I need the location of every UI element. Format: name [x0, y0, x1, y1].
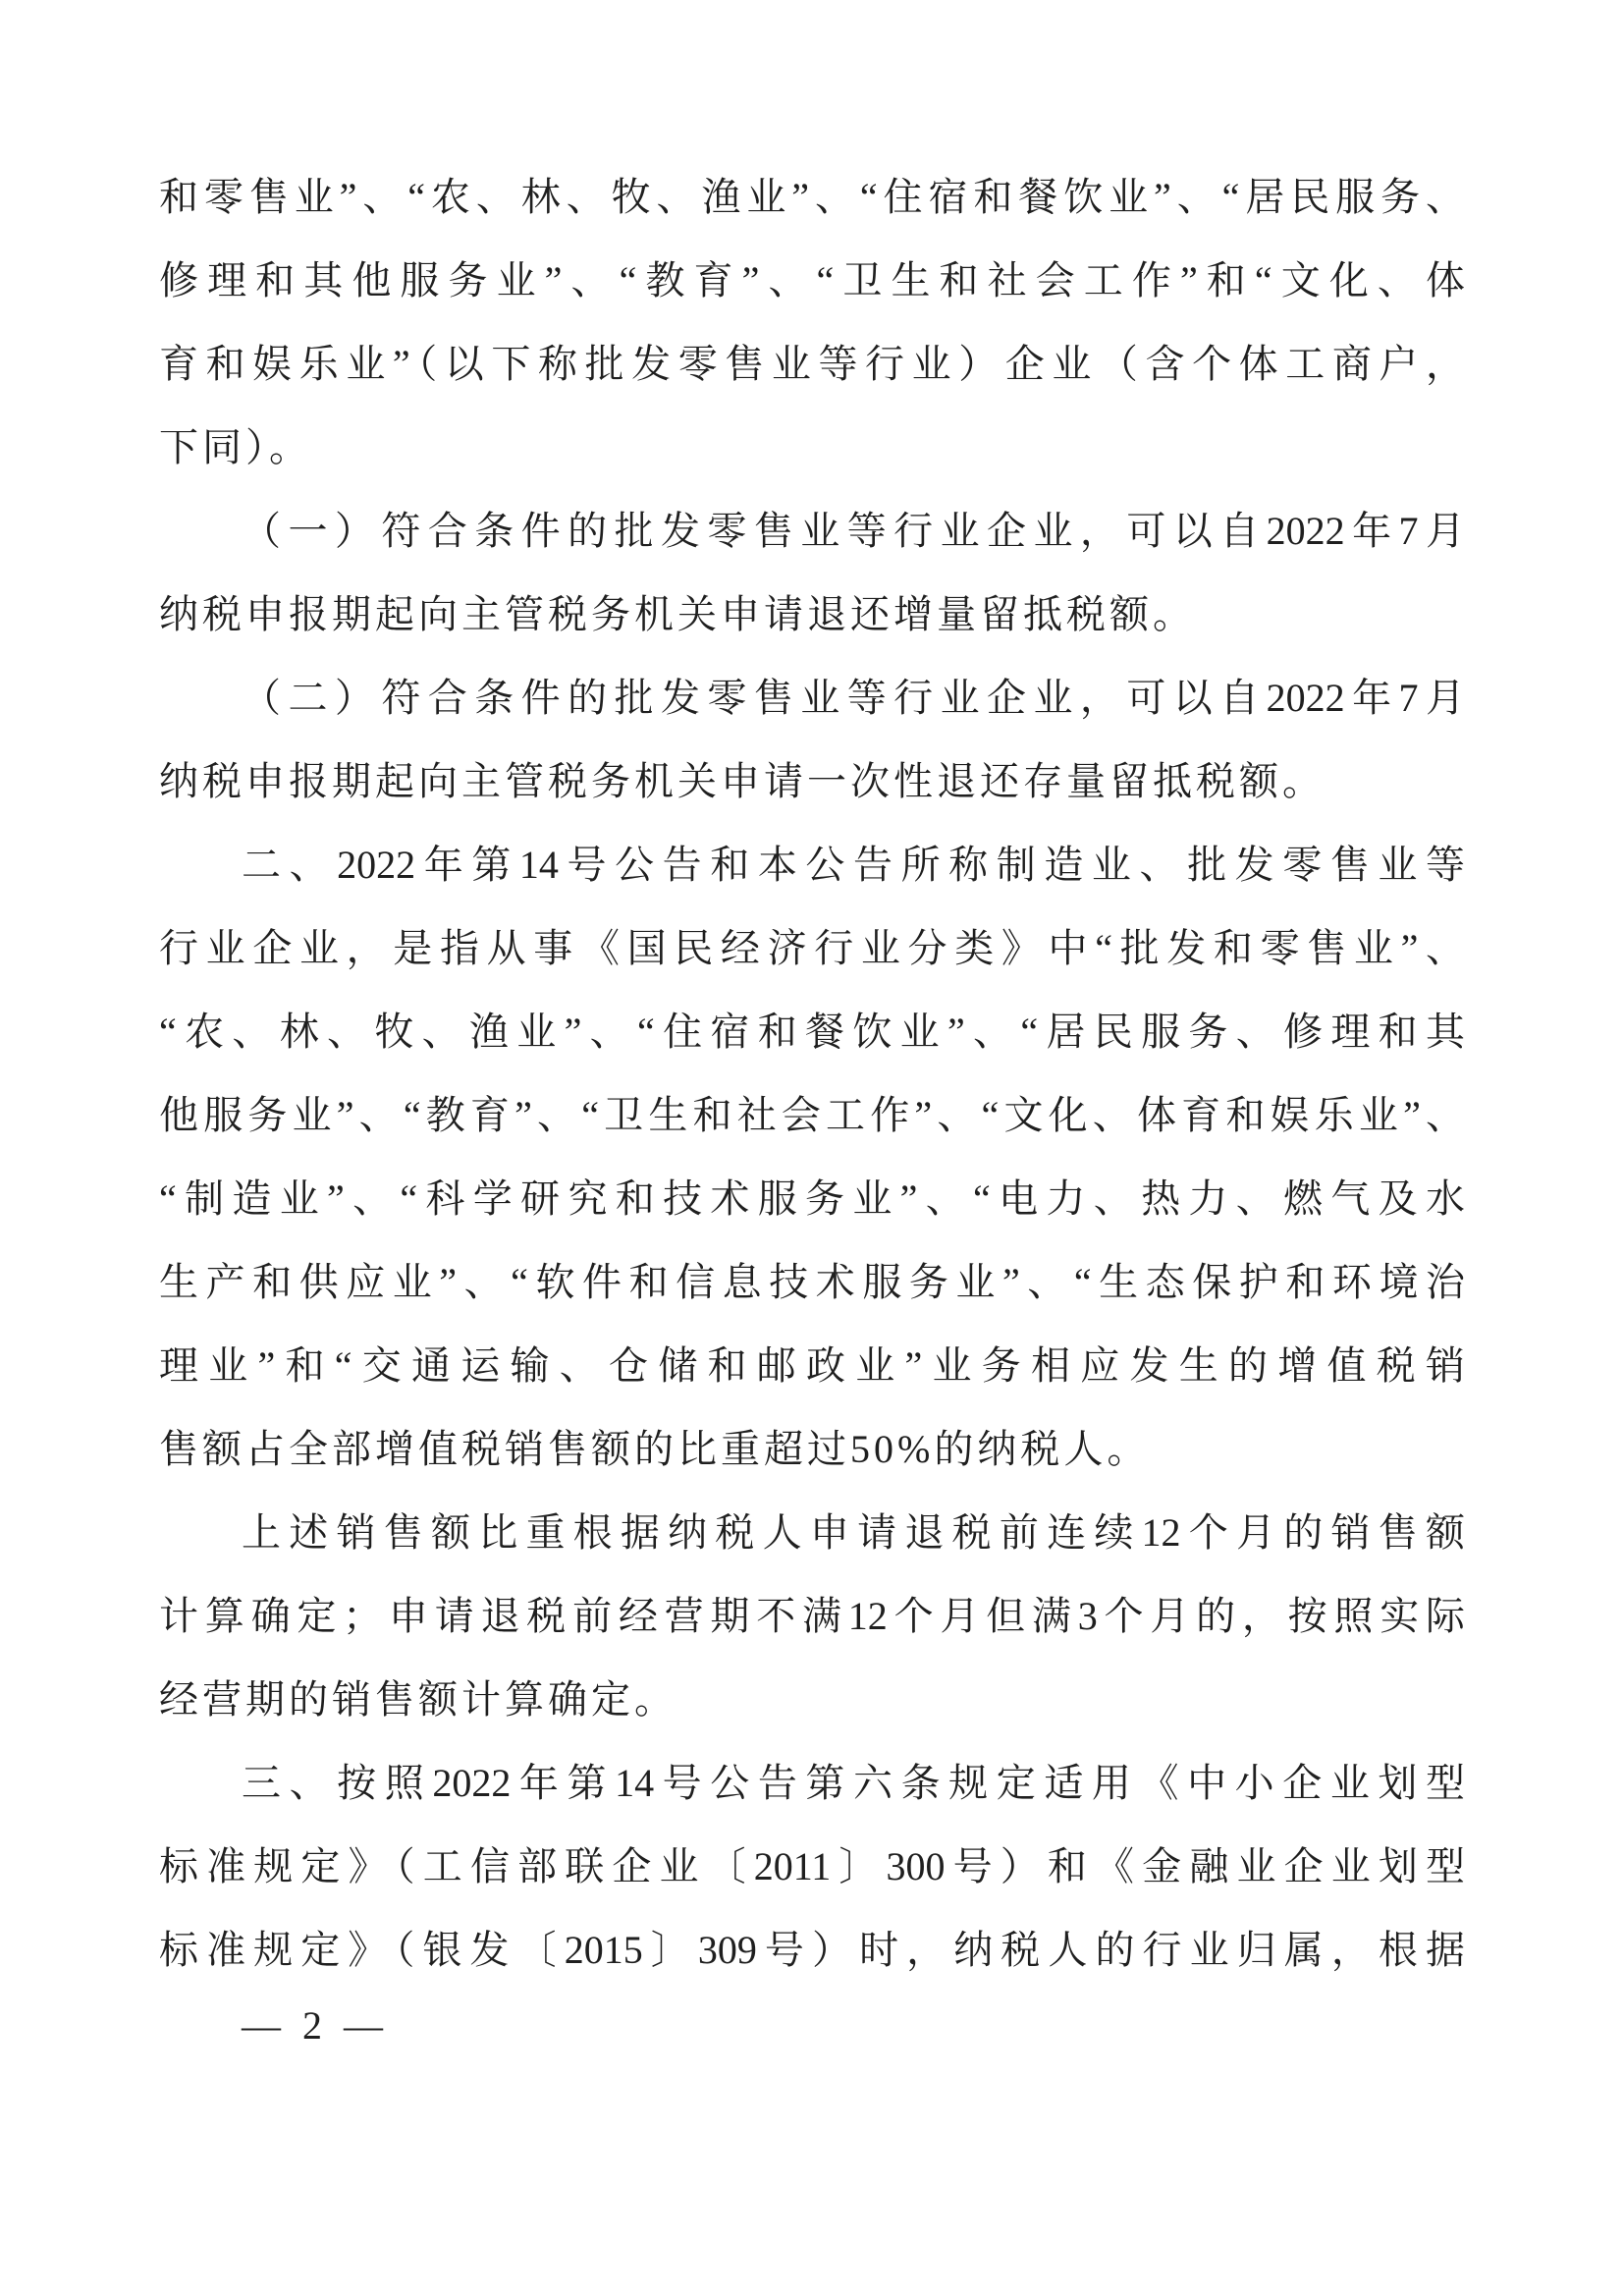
text-line: 三、按照2022年第14号公告第六条规定适用《中小企业划型: [159, 1741, 1465, 1825]
text-line: 计算确定；申请退税前经营期不满12个月但满3个月的，按照实际: [159, 1574, 1465, 1658]
text-line: 行业企业，是指从事《国民经济行业分类》中“批发和零售业”、: [159, 906, 1465, 990]
text-line: 生产和供应业”、“软件和信息技术服务业”、“生态保护和环境治: [159, 1240, 1465, 1324]
document-page: 和零售业”、“农、林、牧、渔业”、“住宿和餐饮业”、“居民服务、 修理和其他服务…: [0, 0, 1623, 2296]
text-line: 育和娱乐业”（以下称批发零售业等行业）企业（含个体工商户，: [159, 322, 1465, 406]
text-line: （二）符合条件的批发零售业等行业企业，可以自2022年7月: [159, 656, 1465, 739]
text-line: 下同）。: [159, 406, 1465, 489]
text-line: 上述销售额比重根据纳税人申请退税前连续12个月的销售额: [159, 1491, 1465, 1574]
text-line: 售额占全部增值税销售额的比重超过50%的纳税人。: [159, 1407, 1465, 1491]
text-line: 纳税申报期起向主管税务机关申请退还增量留抵税额。: [159, 573, 1465, 656]
text-line: 二、2022年第14号公告和本公告所称制造业、批发零售业等: [159, 823, 1465, 906]
text-line: 理业”和“交通运输、仓储和邮政业”业务相应发生的增值税销: [159, 1324, 1465, 1407]
text-line: 和零售业”、“农、林、牧、渔业”、“住宿和餐饮业”、“居民服务、: [159, 155, 1465, 239]
text-line: 他服务业”、“教育”、“卫生和社会工作”、“文化、体育和娱乐业”、: [159, 1073, 1465, 1157]
text-line: “制造业”、“科学研究和技术服务业”、“电力、热力、燃气及水: [159, 1157, 1465, 1240]
text-line: 标准规定》（银发〔2015〕309号）时，纳税人的行业归属，根据: [159, 1908, 1465, 1992]
document-body: 和零售业”、“农、林、牧、渔业”、“住宿和餐饮业”、“居民服务、 修理和其他服务…: [159, 155, 1465, 1992]
text-line: 修理和其他服务业”、“教育”、“卫生和社会工作”和“文化、体: [159, 239, 1465, 322]
page-number: — 2 —: [242, 1992, 389, 2060]
text-line: 经营期的销售额计算确定。: [159, 1658, 1465, 1741]
text-line: 纳税申报期起向主管税务机关申请一次性退还存量留抵税额。: [159, 739, 1465, 823]
text-line: （一）符合条件的批发零售业等行业企业，可以自2022年7月: [159, 489, 1465, 573]
text-line: 标准规定》（工信部联企业〔2011〕300号）和《金融业企业划型: [159, 1825, 1465, 1908]
text-line: “农、林、牧、渔业”、“住宿和餐饮业”、“居民服务、修理和其: [159, 990, 1465, 1073]
